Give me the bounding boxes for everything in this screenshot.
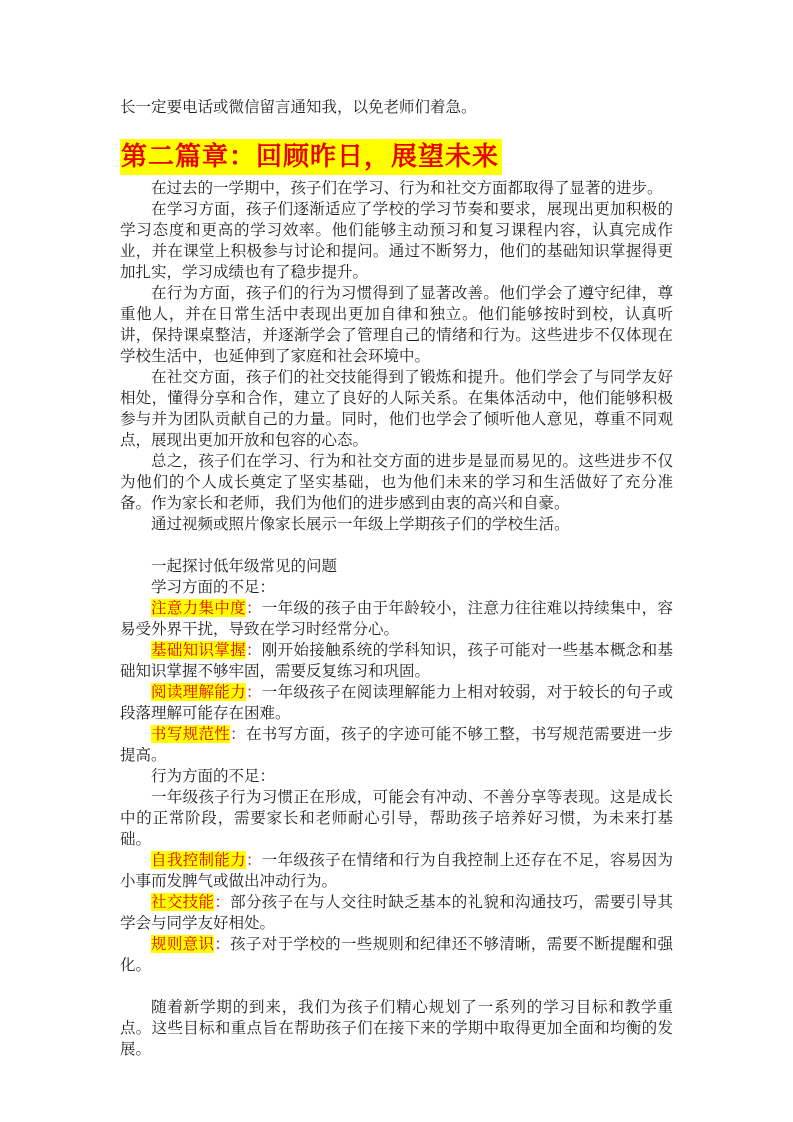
- highlighted-term: 基础知识掌握: [151, 641, 246, 659]
- text-run: 在社交方面，孩子们的社交技能得到了锻炼和提升。他们学会了与同学友好相处，懂得分享…: [120, 368, 673, 449]
- paragraph: 书写规范性：在书写方面，孩子的字迹可能不够工整，书写规范需要进一步提高。: [120, 724, 673, 766]
- paragraph: 在行为方面，孩子们的行为习惯得到了显著改善。他们学会了遵守纪律，尊重他人，并在日…: [120, 283, 673, 367]
- text-run: 一年级孩子行为习惯正在形成，可能会有冲动、不善分享等表现。这是成长中的正常阶段，…: [120, 788, 673, 848]
- text-run: 学习方面的不足：: [151, 578, 275, 596]
- document-content: 长一定要电话或微信留言通知我，以免老师们着急。第二篇章：回顾昨日，展望未来在过去…: [120, 97, 673, 1060]
- highlighted-term: 书写规范性: [151, 725, 230, 743]
- text-run: 在学习方面，孩子们逐渐适应了学校的学习节奏和要求，展现出更加积极的学习态度和更高…: [120, 200, 673, 281]
- red-colon: ：: [214, 935, 230, 953]
- red-colon: ：: [230, 725, 246, 743]
- paragraph: 在学习方面，孩子们逐渐适应了学校的学习节奏和要求，展现出更加积极的学习态度和更高…: [120, 199, 673, 283]
- paragraph: 行为方面的不足：: [120, 766, 673, 787]
- paragraph: 在过去的一学期中，孩子们在学习、行为和社交方面都取得了显著的进步。: [120, 178, 673, 199]
- highlighted-term: 社交技能: [151, 893, 214, 911]
- text-run: 行为方面的不足：: [151, 767, 275, 785]
- highlighted-term: 阅读理解能力: [151, 683, 246, 701]
- blank-line: [120, 976, 673, 997]
- paragraph: 在社交方面，孩子们的社交技能得到了锻炼和提升。他们学会了与同学友好相处，懂得分享…: [120, 367, 673, 451]
- paragraph: 社交技能：部分孩子在与人交往时缺乏基本的礼貌和沟通技巧，需要引导其学会与同学友好…: [120, 892, 673, 934]
- paragraph: 一起探讨低年级常见的问题: [120, 556, 673, 577]
- red-colon: ：: [246, 683, 262, 701]
- text-run: 随着新学期的到来，我们为孩子们精心规划了一系列的学习目标和教学重点。这些目标和重…: [120, 998, 673, 1058]
- paragraph: 阅读理解能力：一年级孩子在阅读理解能力上相对较弱，对于较长的句子或段落理解可能存…: [120, 682, 673, 724]
- highlighted-term: 自我控制能力: [151, 851, 246, 869]
- highlighted-term: 注意力集中度: [151, 599, 246, 617]
- text-run: 总之，孩子们在学习、行为和社交方面的进步是显而易见的。这些进步不仅为他们的个人成…: [120, 452, 673, 512]
- paragraph: 总之，孩子们在学习、行为和社交方面的进步是显而易见的。这些进步不仅为他们的个人成…: [120, 451, 673, 514]
- paragraph: 长一定要电话或微信留言通知我，以免老师们着急。: [120, 97, 673, 118]
- red-colon: ：: [246, 599, 262, 617]
- text-run: 通过视频或照片像家长展示一年级上学期孩子们的学校生活。: [151, 515, 570, 533]
- blank-line: [120, 535, 673, 556]
- paragraph: 随着新学期的到来，我们为孩子们精心规划了一系列的学习目标和教学重点。这些目标和重…: [120, 997, 673, 1060]
- red-colon: ：: [246, 851, 262, 869]
- section-heading: 第二篇章：回顾昨日，展望未来: [120, 139, 673, 175]
- text-run: 一起探讨低年级常见的问题: [151, 557, 337, 575]
- paragraph: 一年级孩子行为习惯正在形成，可能会有冲动、不善分享等表现。这是成长中的正常阶段，…: [120, 787, 673, 850]
- paragraph: 注意力集中度：一年级的孩子由于年龄较小，注意力往往难以持续集中，容易受外界干扰，…: [120, 598, 673, 640]
- red-colon: ：: [214, 893, 230, 911]
- paragraph: 学习方面的不足：: [120, 577, 673, 598]
- text-run: 长一定要电话或微信留言通知我，以免老师们着急。: [120, 98, 477, 116]
- document-page: 长一定要电话或微信留言通知我，以免老师们着急。第二篇章：回顾昨日，展望未来在过去…: [0, 0, 793, 1122]
- highlighted-term: 规则意识: [151, 935, 214, 953]
- red-colon: ：: [246, 641, 262, 659]
- text-run: 在行为方面，孩子们的行为习惯得到了显著改善。他们学会了遵守纪律，尊重他人，并在日…: [120, 284, 673, 365]
- section-heading-highlight: 第二篇章：回顾昨日，展望未来: [120, 139, 502, 175]
- text-run: 在过去的一学期中，孩子们在学习、行为和社交方面都取得了显著的进步。: [151, 179, 663, 197]
- paragraph: 自我控制能力：一年级孩子在情绪和行为自我控制上还存在不足，容易因为小事而发脾气或…: [120, 850, 673, 892]
- paragraph: 基础知识掌握：刚开始接触系统的学科知识，孩子可能对一些基本概念和基础知识掌握不够…: [120, 640, 673, 682]
- paragraph: 通过视频或照片像家长展示一年级上学期孩子们的学校生活。: [120, 514, 673, 535]
- paragraph: 规则意识：孩子对于学校的一些规则和纪律还不够清晰，需要不断提醒和强化。: [120, 934, 673, 976]
